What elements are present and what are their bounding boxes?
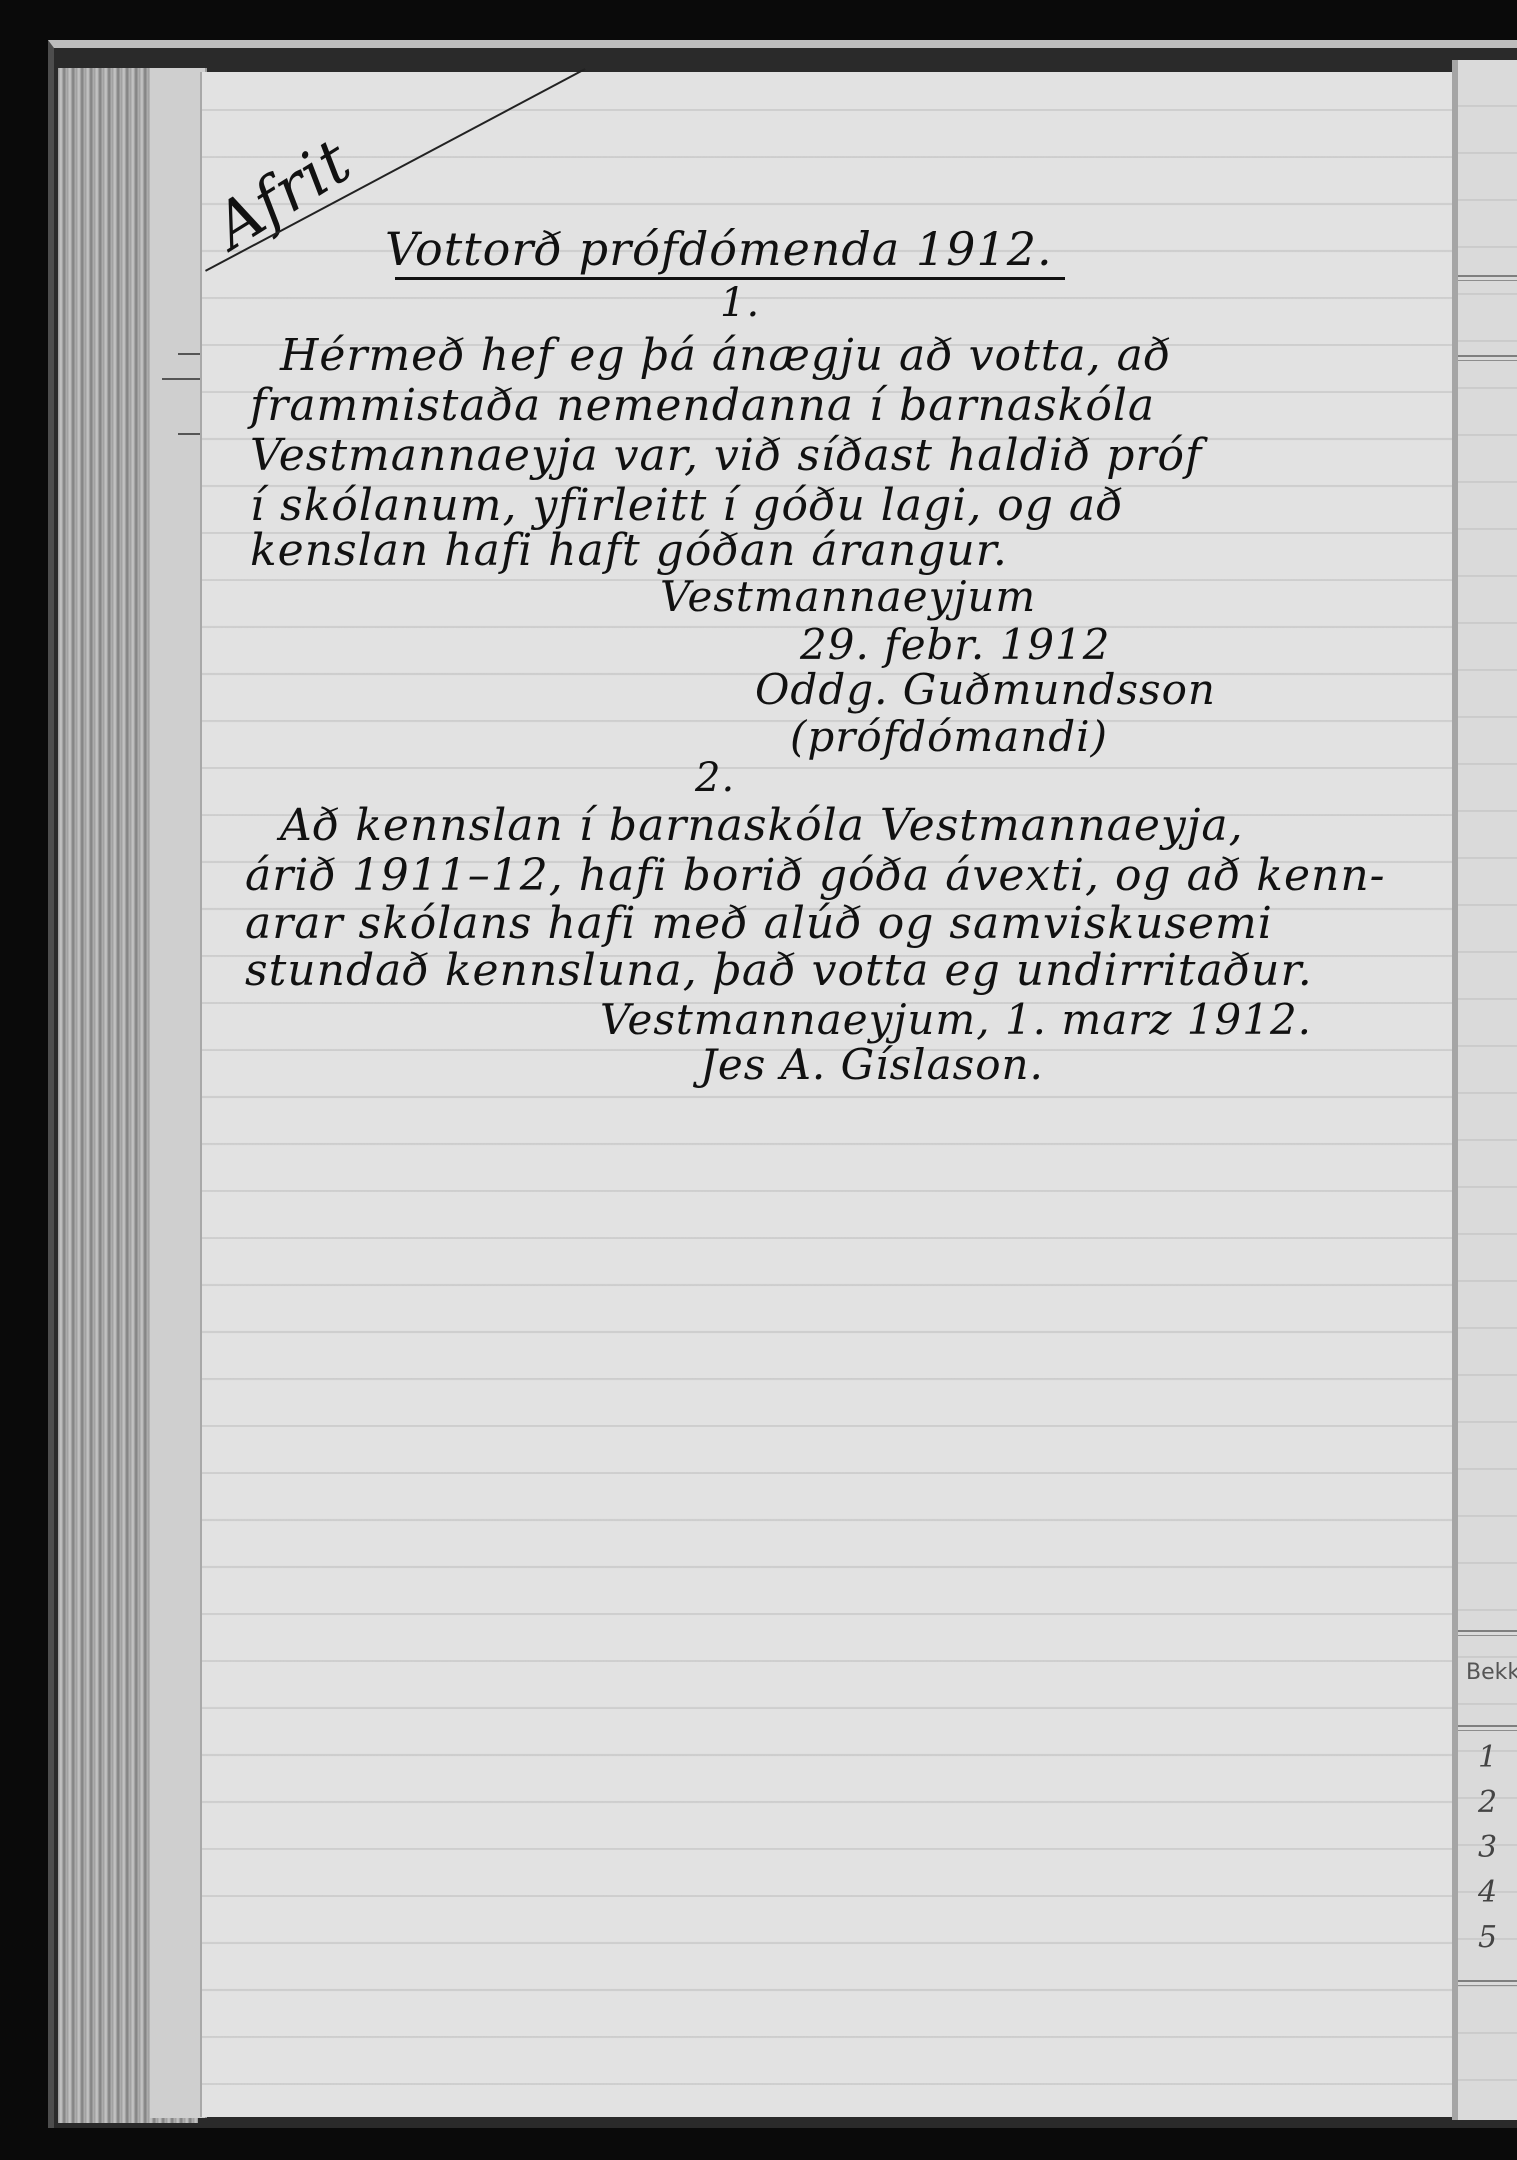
section-1-line: frammistaða nemendanna í barnaskóla [250,380,1155,431]
table-rule [1458,1725,1517,1731]
section-2-signature: Jes A. Gíslason. [700,1040,1044,1089]
section-2-line: stundað kennsluna, það votta eg undirrit… [245,945,1313,996]
document-title: Vottorð prófdómenda 1912. [385,222,1053,276]
section-1-role: (prófdómandi) [790,712,1108,761]
margin-tick [162,378,202,380]
row-number: 1 [1478,1740,1497,1775]
section-1-line: Vestmannaeyja var, við síðast haldið pró… [250,430,1202,481]
facing-page-edge: Bekk 1 2 3 4 5 [1452,60,1517,2120]
section-1-line: í skólanum, yfirleitt í góðu lagi, og að [250,480,1124,531]
section-1-line: Hérmeð hef eg þá ánægju að votta, að [280,330,1171,381]
section-number: 1. [720,280,760,326]
section-2-line: árið 1911–12, hafi borið góða ávexti, og… [245,850,1386,901]
table-rule [1458,1630,1517,1636]
section-2-line: arar skólans hafi með alúð og samviskuse… [245,898,1273,949]
previous-page-edge [150,68,207,2118]
section-1-date: 29. febr. 1912 [800,620,1110,669]
table-rule [1458,355,1517,361]
column-header: Bekk [1466,1660,1517,1685]
section-1-signature: Oddg. Guðmundsson [755,665,1216,714]
table-rule [1458,275,1517,281]
section-2-line: Að kennslan í barnaskóla Vestmannaeyja, [280,800,1244,851]
row-number: 2 [1478,1785,1497,1820]
section-1-place: Vestmannaeyjum [660,572,1036,621]
section-2-place-date: Vestmannaeyjum, 1. marz 1912. [600,995,1312,1044]
section-number: 2. [695,755,735,801]
row-number: 4 [1478,1875,1497,1910]
table-rule [1458,1980,1517,1986]
row-number: 5 [1478,1920,1497,1955]
row-number: 3 [1478,1830,1497,1865]
section-1-line: kenslan hafi haft góðan árangur. [250,525,1008,576]
